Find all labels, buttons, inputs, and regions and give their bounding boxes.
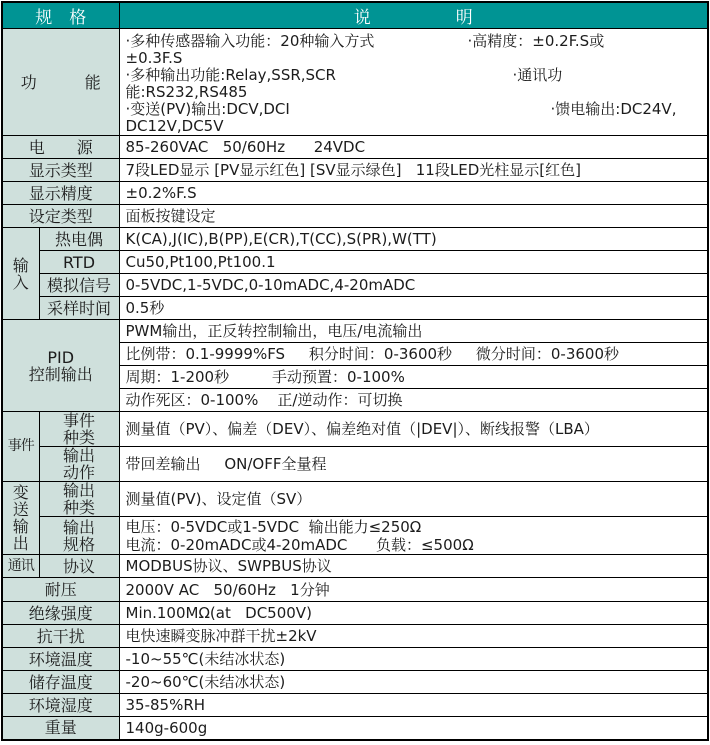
protocol-label: 协议 <box>39 555 119 578</box>
function-line: ±0.3F.S <box>126 50 708 67</box>
analog-signal-value: 0-5VDC,1-5VDC,0-10mADC,4-20mADC <box>119 274 708 297</box>
event-output-value: 带回差输出 ON/OFF全量程 <box>119 447 708 482</box>
noise-immunity-value: 电快速瞬变脉冲群干扰±2kV <box>119 625 708 648</box>
transmit-spec-value: 电压：0-5VDC或1-5VDC 输出能力≤250Ω 电流：0-20mADC或4… <box>119 517 708 555</box>
function-line: DC12V,DC5V <box>126 118 708 135</box>
protocol-value: MODBUS协议、SWPBUS协议 <box>119 555 708 578</box>
function-text: 能:RS232,RS485 <box>126 83 248 101</box>
setting-type-label: 设定类型 <box>2 205 119 228</box>
function-label: 功 能 <box>2 29 119 136</box>
function-line: ·多种输出功能:Relay,SSR,SCR ·通讯功 <box>126 67 708 84</box>
desc-header-cell: 说 明 <box>119 2 708 29</box>
display-accuracy-value: ±0.2%F.S <box>119 182 708 205</box>
row-input-thermocouple: 输 入 热电偶 K(CA),J(IC),B(PP),E(CR),T(CC),S(… <box>2 228 708 251</box>
function-line: ·变送(PV)输出:DCV,DCI ·馈电输出:DC24V, <box>126 101 708 118</box>
sampling-time-value: 0.5秒 <box>119 297 708 320</box>
weight-label: 重量 <box>2 717 119 740</box>
transmit-group-label: 变 送 输 出 <box>2 482 39 555</box>
withstand-voltage-value: 2000V AC 50/60Hz 1分钟 <box>119 578 708 602</box>
row-humidity: 环境湿度 35-85%RH <box>2 694 708 717</box>
function-text: ·变送(PV)输出:DCV,DCI <box>126 100 290 118</box>
pid-output-modes: PWM输出，正反转控制输出，电压/电流输出 <box>119 320 708 343</box>
humidity-value: 35-85%RH <box>119 694 708 717</box>
row-input-analog: 模拟信号 0-5VDC,1-5VDC,0-10mADC,4-20mADC <box>2 274 708 297</box>
row-pid-1: PID 控制输出 PWM输出，正反转控制输出，电压/电流输出 <box>2 320 708 343</box>
row-insulation: 绝缘强度 Min.100MΩ(at DC500V) <box>2 602 708 625</box>
event-types-label: 事件 种类 <box>39 412 119 447</box>
event-output-label: 输出 动作 <box>39 447 119 482</box>
humidity-label: 环境湿度 <box>2 694 119 717</box>
row-transmit-types: 变 送 输 出 输出 种类 测量值(PV)、设定值（SV） <box>2 482 708 517</box>
pid-group-label: PID 控制输出 <box>2 320 119 412</box>
ambient-temp-label: 环境温度 <box>2 648 119 671</box>
event-group-label: 事件 <box>2 412 39 482</box>
weight-value: 140g-600g <box>119 717 708 740</box>
storage-temp-label: 储存温度 <box>2 671 119 694</box>
function-text: ·多种输出功能:Relay,SSR,SCR <box>126 66 336 84</box>
row-setting-type: 设定类型 面板按键设定 <box>2 205 708 228</box>
header-row: 规 格 说 明 <box>2 2 708 29</box>
row-comm-protocol: 通讯 协议 MODBUS协议、SWPBUS协议 <box>2 555 708 578</box>
row-noise-immunity: 抗干扰 电快速瞬变脉冲群干扰±2kV <box>2 625 708 648</box>
thermocouple-label: 热电偶 <box>39 228 119 251</box>
row-input-rtd: RTD Cu50,Pt100,Pt100.1 <box>2 251 708 274</box>
row-function: 功 能 ·多种传感器输入功能：20种输入方式 ·高精度：±0.2F.S或 ±0.… <box>2 29 708 136</box>
spec-table: 规 格 说 明 功 能 ·多种传感器输入功能：20种输入方式 ·高精度：±0.2… <box>1 1 709 741</box>
function-text: ·高精度：±0.2F.S或 <box>468 33 605 50</box>
insulation-value: Min.100MΩ(at DC500V) <box>119 602 708 625</box>
row-weight: 重量 140g-600g <box>2 717 708 740</box>
function-text: DC12V,DC5V <box>126 117 224 135</box>
insulation-label: 绝缘强度 <box>2 602 119 625</box>
power-label: 电 源 <box>2 136 119 159</box>
function-text: ·多种传感器输入功能：20种输入方式 <box>126 32 375 50</box>
row-display-type: 显示类型 7段LED显示 [PV显示红色] [SV显示绿色] 11段LED光柱显… <box>2 159 708 182</box>
pid-deadband-action: 动作死区：0-100% 正/逆动作：可切换 <box>119 389 708 412</box>
row-ambient-temp: 环境温度 -10~55℃(未结冰状态) <box>2 648 708 671</box>
row-power: 电 源 85-260VAC 50/60Hz 24VDC <box>2 136 708 159</box>
row-storage-temp: 储存温度 -20~60℃(未结冰状态) <box>2 671 708 694</box>
transmit-types-label: 输出 种类 <box>39 482 119 517</box>
transmit-spec-label: 输出 规格 <box>39 517 119 555</box>
row-withstand-voltage: 耐压 2000V AC 50/60Hz 1分钟 <box>2 578 708 602</box>
noise-immunity-label: 抗干扰 <box>2 625 119 648</box>
input-group-label: 输 入 <box>2 228 39 320</box>
setting-type-value: 面板按键设定 <box>119 205 708 228</box>
function-line: 能:RS232,RS485 <box>126 84 708 101</box>
function-text: ·通讯功 <box>513 67 563 84</box>
event-types-value: 测量值（PV）、偏差（DEV）、偏差绝对值（|DEV|）、断线报警（LBA） <box>119 412 708 447</box>
row-event-types: 事件 事件 种类 测量值（PV）、偏差（DEV）、偏差绝对值（|DEV|）、断线… <box>2 412 708 447</box>
rtd-label: RTD <box>39 251 119 274</box>
thermocouple-value: K(CA),J(IC),B(PP),E(CR),T(CC),S(PR),W(TT… <box>119 228 708 251</box>
withstand-voltage-label: 耐压 <box>2 578 119 602</box>
row-display-accuracy: 显示精度 ±0.2%F.S <box>2 182 708 205</box>
function-text: ±0.3F.S <box>126 49 183 67</box>
pid-cycle-preset: 周期：1-200秒 手动预置：0-100% <box>119 366 708 389</box>
function-value: ·多种传感器输入功能：20种输入方式 ·高精度：±0.2F.S或 ±0.3F.S… <box>119 29 708 136</box>
analog-signal-label: 模拟信号 <box>39 274 119 297</box>
rtd-value: Cu50,Pt100,Pt100.1 <box>119 251 708 274</box>
display-type-value: 7段LED显示 [PV显示红色] [SV显示绿色] 11段LED光柱显示[红色] <box>119 159 708 182</box>
row-event-output: 输出 动作 带回差输出 ON/OFF全量程 <box>2 447 708 482</box>
function-text: ·馈电输出:DC24V, <box>551 101 677 118</box>
row-input-sampling: 采样时间 0.5秒 <box>2 297 708 320</box>
pid-band-times: 比例带：0.1-9999%FS 积分时间：0-3600秒 微分时间：0-3600… <box>119 343 708 366</box>
comm-group-label: 通讯 <box>2 555 39 578</box>
transmit-types-value: 测量值(PV)、设定值（SV） <box>119 482 708 517</box>
display-type-label: 显示类型 <box>2 159 119 182</box>
row-transmit-spec: 输出 规格 电压：0-5VDC或1-5VDC 输出能力≤250Ω 电流：0-20… <box>2 517 708 555</box>
power-value: 85-260VAC 50/60Hz 24VDC <box>119 136 708 159</box>
function-line: ·多种传感器输入功能：20种输入方式 ·高精度：±0.2F.S或 <box>126 33 708 50</box>
ambient-temp-value: -10~55℃(未结冰状态) <box>119 648 708 671</box>
display-accuracy-label: 显示精度 <box>2 182 119 205</box>
sampling-time-label: 采样时间 <box>39 297 119 320</box>
storage-temp-value: -20~60℃(未结冰状态) <box>119 671 708 694</box>
spec-header-cell: 规 格 <box>2 2 119 29</box>
